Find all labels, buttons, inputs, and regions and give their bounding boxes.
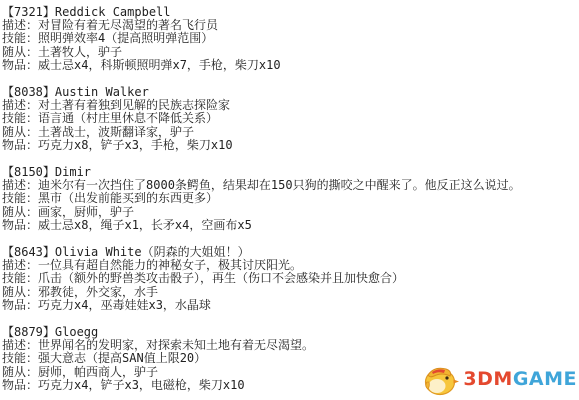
skill-text: 爪击（额外的野兽类攻击骰子），再生（伤口不会感染并且加快愈合） [38,271,404,285]
character-id: 【8150】 [2,165,55,179]
skill-text: 照明弹效率4（提高照明弹范围） [38,31,213,45]
followers-label: 随从： [2,125,38,139]
character-id: 【8879】 [2,325,55,339]
brand-game: GAME [513,368,577,390]
skill-label: 技能： [2,351,38,365]
items-text: 威士忌x8，绳子x1，长矛x4，空画布x5 [38,218,252,232]
items-label: 物品： [2,58,38,72]
3dmgame-watermark: 3DMGAME [420,362,577,396]
items-label: 物品： [2,298,38,312]
items-label: 物品： [2,378,38,392]
followers-text: 画家，厨师，驴子 [38,205,134,219]
followers-text: 土著战士，波斯翻译家，驴子 [38,125,194,139]
character-entry: 【8643】Olivia White（阴森的大姐姐！） 描述：一位具有超自然能力… [2,246,579,312]
followers-label: 随从： [2,205,38,219]
brand-3dm: 3DM [463,368,512,390]
character-name: Austin Walker [55,85,149,99]
items-label: 物品： [2,138,38,152]
items-text: 巧克力x4，巫毒娃娃x3，水晶球 [38,298,211,312]
items-label: 物品： [2,218,38,232]
character-id: 【8643】 [2,245,55,259]
character-id: 【7321】 [2,5,55,19]
brand-text: 3DMGAME [463,370,577,389]
skill-label: 技能： [2,111,38,125]
character-entry: 【7321】Reddick Campbell 描述：对冒险有着无尽渴望的著名飞行… [2,6,579,72]
followers-label: 随从： [2,365,38,379]
items-text: 威士忌x4，科斯顿照明弹x7，手枪，柴刀x10 [38,58,281,72]
skill-text: 强大意志（提高SAN值上限20） [38,351,206,365]
character-note: （阴森的大姐姐！） [142,245,250,259]
followers-label: 随从： [2,285,38,299]
items-line: 物品：威士忌x4，科斯顿照明弹x7，手枪，柴刀x10 [2,59,579,72]
followers-text: 邪教徒，外交家，水手 [38,285,158,299]
skill-text: 语言通（村庄里休息不降低关系） [38,111,218,125]
character-name: Gloegg [55,325,98,339]
character-name: Reddick Campbell [55,5,171,19]
chick-mascot-icon [420,362,462,396]
items-text: 巧克力x4，铲子x3，电磁枪，柴刀x10 [38,378,245,392]
items-line: 物品：巧克力x4，巫毒娃娃x3，水晶球 [2,299,579,312]
items-line: 物品：巧克力x8，铲子x3，手枪，柴刀x10 [2,139,579,152]
followers-text: 厨师，帕西商人，驴子 [38,365,158,379]
character-id: 【8038】 [2,85,55,99]
character-entry: 【8038】Austin Walker 描述：对土著有着独到见解的民族志探险家 … [2,86,579,152]
followers-label: 随从： [2,45,38,59]
skill-label: 技能： [2,191,38,205]
skill-label: 技能： [2,271,38,285]
skill-label: 技能： [2,31,38,45]
character-name: Olivia White [55,245,142,259]
character-name: Dimir [55,165,91,179]
items-text: 巧克力x8，铲子x3，手枪，柴刀x10 [38,138,233,152]
character-list: 【7321】Reddick Campbell 描述：对冒险有着无尽渴望的著名飞行… [0,0,579,392]
character-entry: 【8150】Dimir 描述：迪米尔有一次挡住了8000条鳄鱼，结果却在150只… [2,166,579,232]
skill-text: 黑市（出发前能买到的东西更多） [38,191,218,205]
items-line: 物品：威士忌x8，绳子x1，长矛x4，空画布x5 [2,219,579,232]
followers-text: 土著牧人，驴子 [38,45,122,59]
